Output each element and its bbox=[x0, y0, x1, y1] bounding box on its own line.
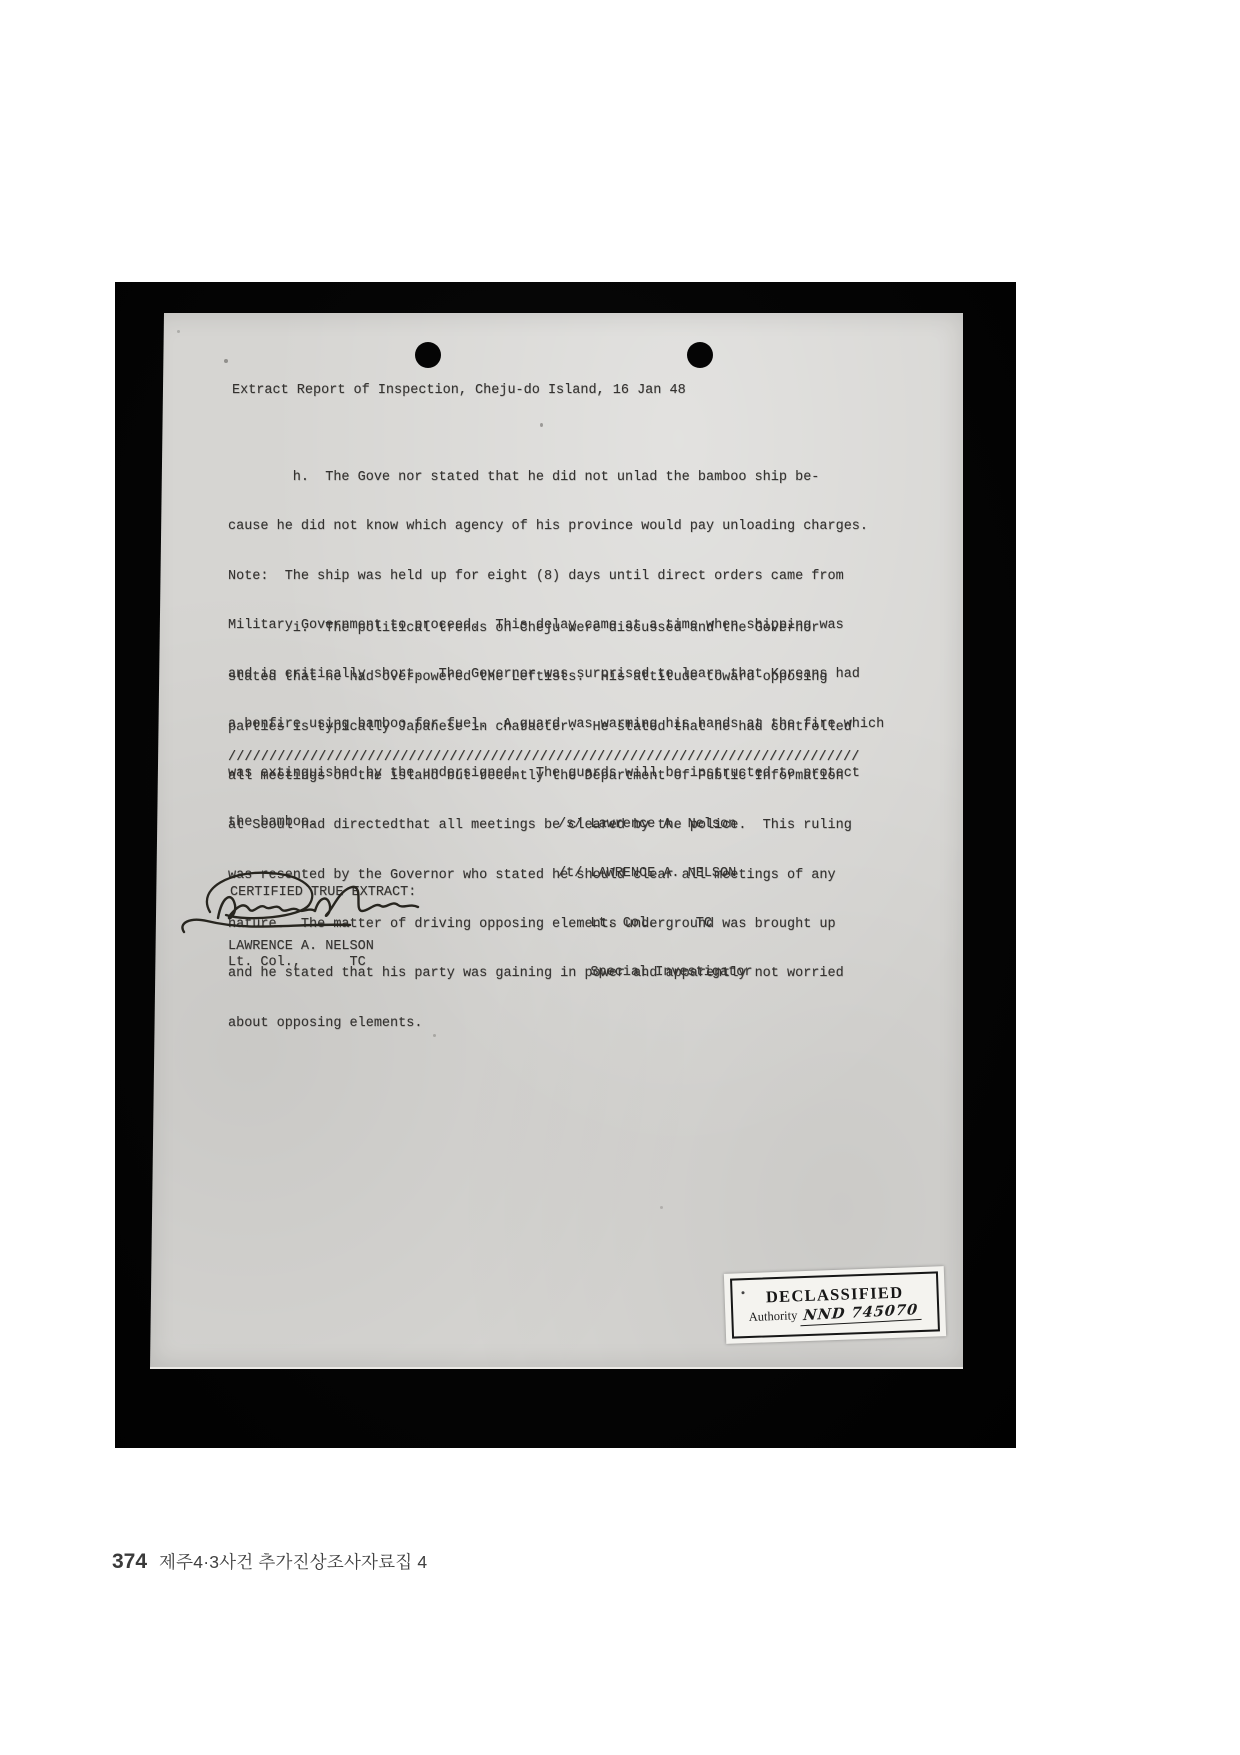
text-line: i. The political trends on Cheju were di… bbox=[228, 621, 852, 637]
certification-typed-name: LAWRENCE A. NELSON bbox=[228, 939, 374, 955]
stamp-ink-dot bbox=[741, 1291, 744, 1294]
text-line: stated that he had overpowered the Lefti… bbox=[228, 670, 852, 686]
declassified-stamp: DECLASSIFIED Authority NND 745070 bbox=[724, 1266, 946, 1344]
document-title: Extract Report of Inspection, Cheju-do I… bbox=[232, 383, 686, 399]
certification-label: CERTIFIED TRUE EXTRACT: bbox=[230, 885, 416, 901]
certification-rank: Lt. Col., TC bbox=[228, 955, 366, 971]
page-number: 374 bbox=[112, 1550, 147, 1574]
scanned-document-photo: Extract Report of Inspection, Cheju-do I… bbox=[115, 282, 1016, 1448]
stamp-authority-number: NND 745070 bbox=[800, 1301, 922, 1326]
paper-speck bbox=[660, 1206, 663, 1209]
text-line: at Seoul had directedthat all meetings b… bbox=[228, 818, 852, 834]
text-line: h. The Gove nor stated that he did not u… bbox=[228, 470, 884, 486]
signature-block: /s/ Lawrence A. Nelson /t/ LAWRENCE A. N… bbox=[558, 784, 752, 1014]
text-line: about opposing elements. bbox=[228, 1016, 852, 1032]
text-line: cause he did not know which agency of hi… bbox=[228, 519, 884, 535]
paper-speck bbox=[160, 332, 164, 335]
text-line: Note: The ship was held up for eight (8)… bbox=[228, 569, 884, 585]
declassified-stamp-border: DECLASSIFIED Authority NND 745070 bbox=[730, 1271, 940, 1338]
paragraph-i: i. The political trends on Cheju were di… bbox=[228, 588, 852, 1065]
text-line: all meetings on the island but recently … bbox=[228, 769, 852, 785]
hole-punch-left bbox=[415, 342, 441, 368]
slash-separator: ////////////////////////////////////////… bbox=[228, 750, 860, 766]
stamp-authority-label: Authority bbox=[748, 1308, 797, 1325]
signature-rank-line: Lt. Col. TC bbox=[558, 916, 752, 932]
document-paper: Extract Report of Inspection, Cheju-do I… bbox=[150, 313, 963, 1369]
paper-speck bbox=[540, 423, 543, 427]
paper-speck bbox=[177, 330, 180, 333]
book-page: { "scan": { "document": { "title": "Extr… bbox=[0, 0, 1240, 1755]
text-line: nature. The matter of driving opposing e… bbox=[228, 917, 852, 933]
book-title: 제주4·3사건 추가진상조사자료집 4 bbox=[159, 1549, 427, 1574]
hole-punch-right bbox=[687, 342, 713, 368]
text-line: parties is typically Japanese in charact… bbox=[228, 720, 852, 736]
text-line: was resented by the Governor who stated … bbox=[228, 868, 852, 884]
signature-t-line: /t/ LAWRENCE A. NELSON bbox=[558, 866, 752, 882]
signature-title-line: Special Investigator bbox=[558, 965, 752, 981]
signature-s-line: /s/ Lawrence A. Nelson bbox=[558, 817, 752, 833]
paper-speck bbox=[224, 359, 228, 363]
page-footer: 374 제주4·3사건 추가진상조사자료집 4 bbox=[112, 1549, 427, 1574]
